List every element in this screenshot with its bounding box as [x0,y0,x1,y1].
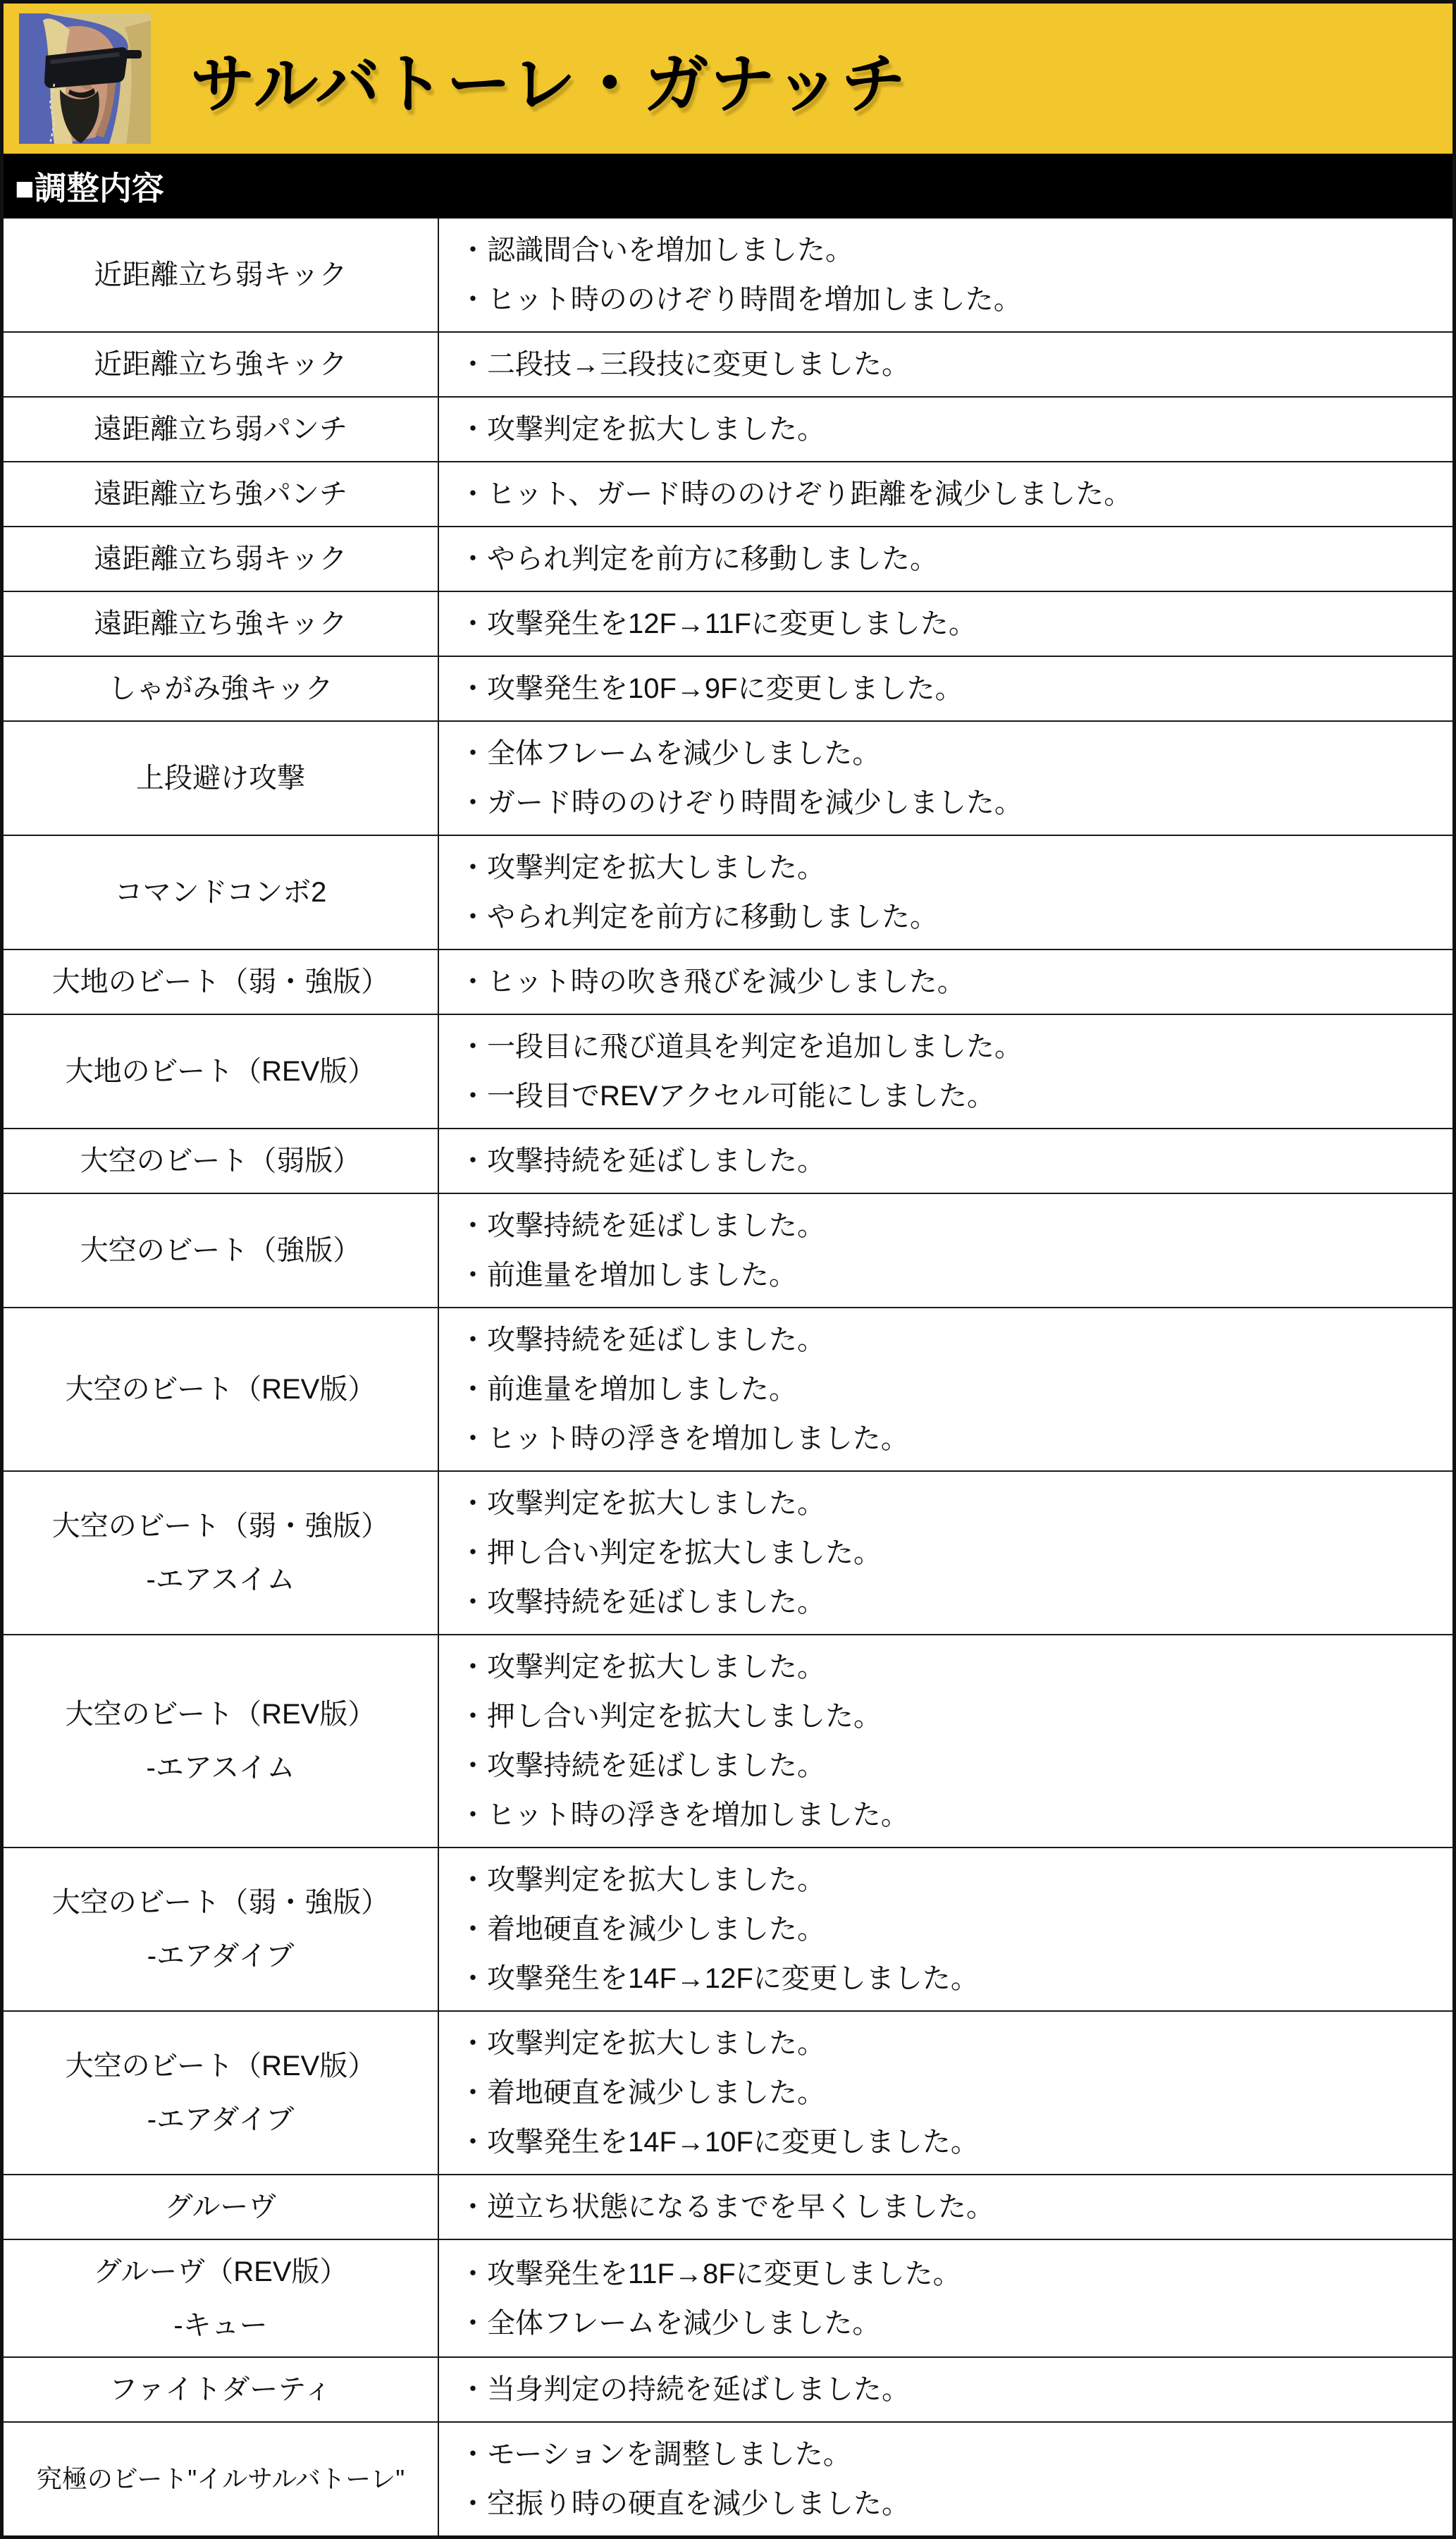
adjustment-item: ・認識間合いを増加しました。 [459,226,1438,275]
adjustment-item: ・攻撃判定を拡大しました。 [459,2019,1438,2068]
move-name-cell: 大空のビート（弱・強版）-エアダイブ [4,1848,439,2010]
move-name-line: グルーヴ（REV版） [93,2247,347,2297]
move-name-cell: コマンドコンボ2 [4,836,439,949]
adjustments-cell: ・認識間合いを増加しました。・ヒット時ののけぞり時間を増加しました。 [439,219,1452,331]
move-name-line: 大空のビート（弱版） [80,1136,361,1186]
adjustment-item: ・攻撃判定を拡大しました。 [459,1642,1438,1692]
move-name-line: -エアスイム [147,1743,295,1793]
adjustments-cell: ・攻撃発生を12F→11Fに変更しました。 [439,592,1452,656]
move-name-cell: グルーヴ（REV版）-キュー [4,2240,439,2356]
adjustment-item: ・前進量を増加しました。 [459,1250,1438,1300]
move-name-line: 遠距離立ち弱パンチ [94,405,347,454]
table-row: 近距離立ち弱キック ・認識間合いを増加しました。・ヒット時ののけぞり時間を増加し… [4,219,1452,331]
table-row: 大空のビート（REV版）-エアダイブ ・攻撃判定を拡大しました。・着地硬直を減少… [4,2010,1452,2174]
move-name-line: グルーヴ [165,2182,277,2232]
adjustment-item: ・ヒット時ののけぞり時間を増加しました。 [459,275,1438,324]
table-row: 遠距離立ち弱キック ・やられ判定を前方に移動しました。 [4,526,1452,591]
adjustment-item: ・二段技→三段技に変更しました。 [459,340,1438,389]
adjustments-cell: ・攻撃判定を拡大しました。・着地硬直を減少しました。・攻撃発生を14F→10Fに… [439,2012,1452,2174]
adjustment-item: ・攻撃発生を11F→8Fに変更しました。 [459,2249,1438,2299]
adjustment-item: ・空振り時の硬直を減少しました。 [459,2479,1438,2528]
move-name-cell: 遠距離立ち強パンチ [4,462,439,526]
adjustment-item: ・攻撃持続を延ばしました。 [459,1741,1438,1790]
adjustment-item: ・攻撃判定を拡大しました。 [459,405,1438,454]
adjustments-cell: ・やられ判定を前方に移動しました。 [439,527,1452,591]
move-name-cell: 近距離立ち強キック [4,333,439,396]
adjustments-cell: ・攻撃持続を延ばしました。・前進量を増加しました。・ヒット時の浮きを増加しました… [439,1308,1452,1470]
adjustment-item: ・前進量を増加しました。 [459,1365,1438,1414]
move-name-line: 大空のビート（強版） [80,1226,361,1275]
adjustment-item: ・ガード時ののけぞり時間を減少しました。 [459,778,1438,828]
move-name-cell: 遠距離立ち弱キック [4,527,439,591]
move-name-line: -エアダイブ [147,2095,295,2144]
move-name-line: 近距離立ち弱キック [94,250,347,300]
move-name-line: 遠距離立ち強パンチ [94,469,347,519]
move-name-line: 大空のビート（弱・強版） [52,1878,389,1927]
move-name-cell: 遠距離立ち弱パンチ [4,398,439,461]
move-name-line: 大地のビート（REV版） [66,1047,376,1096]
table-row: 遠距離立ち弱パンチ ・攻撃判定を拡大しました。 [4,396,1452,461]
move-name-line: 大地のビート（弱・強版） [52,957,389,1007]
table-row: しゃがみ強キック ・攻撃発生を10F→9Fに変更しました。 [4,656,1452,720]
table-row: 大空のビート（REV版） ・攻撃持続を延ばしました。・前進量を増加しました。・ヒ… [4,1307,1452,1470]
move-name-cell: 大空のビート（弱版） [4,1129,439,1193]
adjustment-item: ・押し合い判定を拡大しました。 [459,1528,1438,1578]
patch-notes-page: サルバトーレ・ガナッチ ■調整内容 近距離立ち弱キック ・認識間合いを増加しまし… [0,0,1456,2539]
move-name-line: 大空のビート（REV版） [66,1690,376,1739]
sunglasses-arm [118,50,142,59]
adjustment-item: ・ヒット時の浮きを増加しました。 [459,1790,1438,1840]
table-row: 大空のビート（REV版）-エアスイム ・攻撃判定を拡大しました。・押し合い判定を… [4,1634,1452,1847]
adjustment-item: ・攻撃発生を14F→12Fに変更しました。 [459,1954,1438,2003]
table-row: グルーヴ ・逆立ち状態になるまでを早くしました。 [4,2174,1452,2239]
move-name-line: -エアスイム [147,1555,295,1604]
adjustments-cell: ・攻撃判定を拡大しました。・着地硬直を減少しました。・攻撃発生を14F→12Fに… [439,1848,1452,2010]
adjustment-item: ・モーションを調整しました。 [459,2430,1438,2479]
adjustments-cell: ・逆立ち状態になるまでを早くしました。 [439,2175,1452,2239]
table-row: 究極のビート"イルサルバトーレ" ・モーションを調整しました。・空振り時の硬直を… [4,2421,1452,2535]
move-name-cell: 大空のビート（弱・強版）-エアスイム [4,1472,439,1634]
table-row: 大空のビート（強版） ・攻撃持続を延ばしました。・前進量を増加しました。 [4,1193,1452,1307]
adjustment-item: ・押し合い判定を拡大しました。 [459,1692,1438,1741]
adjustment-item: ・攻撃持続を延ばしました。 [459,1201,1438,1250]
move-name-line: 大空のビート（REV版） [66,2041,376,2091]
move-name-cell: 遠距離立ち強キック [4,592,439,656]
adjustment-item: ・ヒット時の浮きを増加しました。 [459,1414,1438,1463]
adjustments-cell: ・全体フレームを減少しました。・ガード時ののけぞり時間を減少しました。 [439,722,1452,835]
move-name-cell: 大空のビート（強版） [4,1194,439,1307]
table-row: グルーヴ（REV版）-キュー ・攻撃発生を11F→8Fに変更しました。・全体フレ… [4,2239,1452,2356]
table-row: 大空のビート（弱・強版）-エアスイム ・攻撃判定を拡大しました。・押し合い判定を… [4,1470,1452,1634]
adjustment-item: ・やられ判定を前方に移動しました。 [459,534,1438,584]
adjustments-cell: ・モーションを調整しました。・空振り時の硬直を減少しました。 [439,2423,1452,2535]
move-name-line: -キュー [173,2301,267,2350]
adjustment-item: ・着地硬直を減少しました。 [459,2068,1438,2117]
move-name-line: 上段避け攻撃 [136,754,305,803]
adjustment-item: ・攻撃持続を延ばしました。 [459,1136,1438,1186]
table-row: 大地のビート（REV版） ・一段目に飛び道具を判定を追加しました。・一段目でRE… [4,1014,1452,1128]
move-name-cell: 大地のビート（弱・強版） [4,950,439,1014]
move-name-cell: 大空のビート（REV版）-エアスイム [4,1635,439,1847]
adjustments-cell: ・攻撃発生を10F→9Fに変更しました。 [439,657,1452,720]
adjustments-cell: ・一段目に飛び道具を判定を追加しました。・一段目でREVアクセル可能にしました。 [439,1015,1452,1128]
table-row: 大空のビート（弱・強版）-エアダイブ ・攻撃判定を拡大しました。・着地硬直を減少… [4,1847,1452,2010]
move-name-line: 大空のビート（REV版） [66,1365,376,1414]
move-name-cell: 近距離立ち弱キック [4,219,439,331]
move-name-cell: 大地のビート（REV版） [4,1015,439,1128]
move-name-line: 遠距離立ち弱キック [94,534,347,584]
adjustment-item: ・一段目に飛び道具を判定を追加しました。 [459,1022,1438,1071]
adjustment-item: ・攻撃発生を12F→11Fに変更しました。 [459,599,1438,648]
move-name-cell: ファイトダーティ [4,2358,439,2421]
move-name-line: 究極のビート"イルサルバトーレ" [37,2454,405,2504]
adjustments-cell: ・ヒット、ガード時ののけぞり距離を減少しました。 [439,462,1452,526]
move-name-line: 遠距離立ち強キック [94,599,347,648]
adjustment-item: ・やられ判定を前方に移動しました。 [459,892,1438,942]
move-name-cell: しゃがみ強キック [4,657,439,720]
adjustment-item: ・攻撃判定を拡大しました。 [459,1855,1438,1905]
move-name-line: ファイトダーティ [109,2365,332,2414]
adjustments-cell: ・攻撃判定を拡大しました。・押し合い判定を拡大しました。・攻撃持続を延ばしました… [439,1472,1452,1634]
adjustments-cell: ・二段技→三段技に変更しました。 [439,333,1452,396]
adjustment-item: ・着地硬直を減少しました。 [459,1905,1438,1954]
adjustment-item: ・一段目でREVアクセル可能にしました。 [459,1071,1438,1121]
section-label: ■調整内容 [15,163,164,209]
move-name-cell: 上段避け攻撃 [4,722,439,835]
table-row: 大地のビート（弱・強版） ・ヒット時の吹き飛びを減少しました。 [4,949,1452,1014]
section-header-adjustments: ■調整内容 [4,154,1452,219]
adjustments-cell: ・ヒット時の吹き飛びを減少しました。 [439,950,1452,1014]
adjustments-cell: ・攻撃判定を拡大しました。・やられ判定を前方に移動しました。 [439,836,1452,949]
move-name-line: 近距離立ち強キック [94,340,347,389]
table-row: 近距離立ち強キック ・二段技→三段技に変更しました。 [4,331,1452,396]
move-name-cell: 大空のビート（REV版）-エアダイブ [4,2012,439,2174]
move-name-cell: 究極のビート"イルサルバトーレ" [4,2423,439,2535]
table-row: ファイトダーティ ・当身判定の持続を延ばしました。 [4,2356,1452,2421]
move-name-cell: グルーヴ [4,2175,439,2239]
adjustments-cell: ・攻撃判定を拡大しました。・押し合い判定を拡大しました。・攻撃持続を延ばしました… [439,1635,1452,1847]
table-row: 大空のビート（弱版） ・攻撃持続を延ばしました。 [4,1128,1452,1193]
adjustment-item: ・攻撃持続を延ばしました。 [459,1578,1438,1627]
character-portrait-image [19,13,151,144]
adjustments-cell: ・当身判定の持続を延ばしました。 [439,2358,1452,2421]
adjustments-table: 近距離立ち弱キック ・認識間合いを増加しました。・ヒット時ののけぞり時間を増加し… [4,219,1452,2535]
adjustments-cell: ・攻撃発生を11F→8Fに変更しました。・全体フレームを減少しました。 [439,2240,1452,2356]
adjustment-item: ・全体フレームを減少しました。 [459,2299,1438,2348]
move-name-line: -エアダイブ [147,1931,295,1981]
adjustment-item: ・攻撃判定を拡大しました。 [459,843,1438,892]
adjustment-item: ・ヒット、ガード時ののけぞり距離を減少しました。 [459,469,1438,519]
adjustment-item: ・全体フレームを減少しました。 [459,729,1438,778]
move-name-line: しゃがみ強キック [108,664,333,713]
adjustment-item: ・逆立ち状態になるまでを早くしました。 [459,2182,1438,2232]
adjustments-cell: ・攻撃持続を延ばしました。・前進量を増加しました。 [439,1194,1452,1307]
adjustment-item: ・攻撃判定を拡大しました。 [459,1479,1438,1528]
adjustment-item: ・ヒット時の吹き飛びを減少しました。 [459,957,1438,1007]
move-name-cell: 大空のビート（REV版） [4,1308,439,1470]
table-row: コマンドコンボ2 ・攻撃判定を拡大しました。・やられ判定を前方に移動しました。 [4,835,1452,949]
page-title: サルバトーレ・ガナッチ [190,32,907,125]
adjustment-item: ・攻撃持続を延ばしました。 [459,1315,1438,1365]
table-row: 遠距離立ち強キック ・攻撃発生を12F→11Fに変更しました。 [4,591,1452,656]
adjustment-item: ・攻撃発生を14F→10Fに変更しました。 [459,2117,1438,2167]
table-row: 遠距離立ち強パンチ ・ヒット、ガード時ののけぞり距離を減少しました。 [4,461,1452,526]
character-header: サルバトーレ・ガナッチ [4,4,1452,154]
adjustments-cell: ・攻撃持続を延ばしました。 [439,1129,1452,1193]
adjustment-item: ・攻撃発生を10F→9Fに変更しました。 [459,664,1438,713]
move-name-line: コマンドコンボ2 [115,868,327,917]
adjustments-cell: ・攻撃判定を拡大しました。 [439,398,1452,461]
adjustment-item: ・当身判定の持続を延ばしました。 [459,2365,1438,2414]
move-name-line: 大空のビート（弱・強版） [52,1501,389,1551]
table-row: 上段避け攻撃 ・全体フレームを減少しました。・ガード時ののけぞり時間を減少しまし… [4,720,1452,835]
